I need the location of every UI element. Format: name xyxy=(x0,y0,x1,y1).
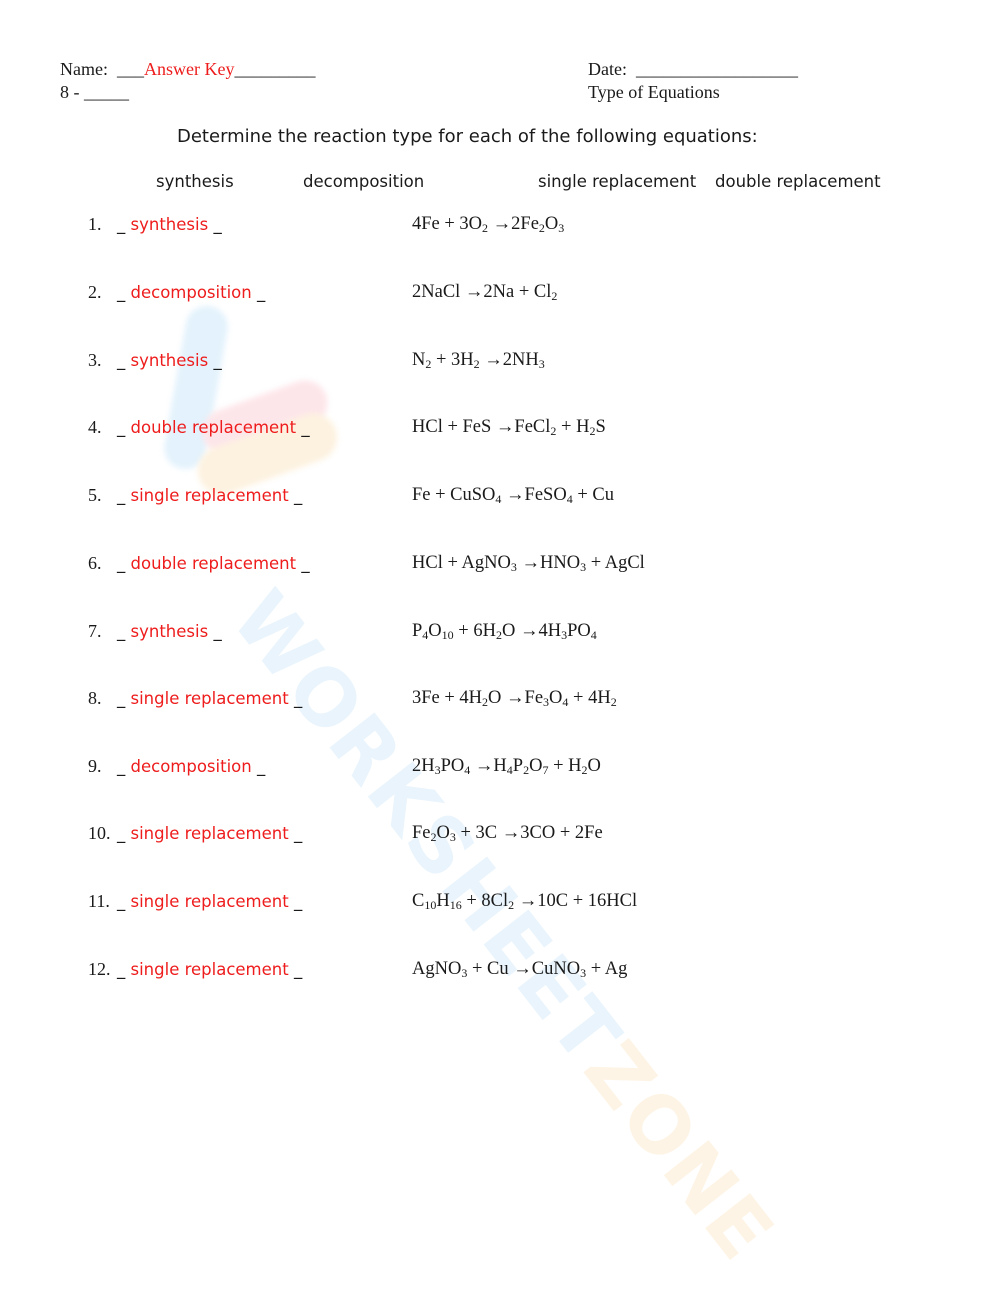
answer-text: decomposition xyxy=(131,757,252,776)
chemical-equation: HCl + FeS →FeCl2 + H2S xyxy=(412,417,606,438)
class-line: 8 - _____ xyxy=(60,81,315,104)
name-suffix-blank: _________ xyxy=(234,59,315,79)
answer-field[interactable]: _ single replacement _ xyxy=(117,960,302,979)
question-row: 1._ synthesis _4Fe + 3O2 →2Fe2O3 xyxy=(88,214,888,244)
answer-text: synthesis xyxy=(131,215,209,234)
chemical-equation: Fe2O3 + 3C →3CO + 2Fe xyxy=(412,823,603,844)
answer-blank-right: _ xyxy=(213,622,221,641)
question-row: 9._ decomposition _2H3PO4 →H4P2O7 + H2O xyxy=(88,756,888,786)
class-label: 8 - xyxy=(60,82,80,102)
question-row: 10._ single replacement _Fe2O3 + 3C →3CO… xyxy=(88,823,888,853)
question-row: 8._ single replacement _3Fe + 4H2O →Fe3O… xyxy=(88,688,888,718)
answer-blank-right: _ xyxy=(294,486,302,505)
answer-field[interactable]: _ synthesis _ xyxy=(117,622,222,641)
watermark-text-part2: ZONE xyxy=(566,1026,790,1278)
question-number: 7. xyxy=(88,621,102,642)
answer-blank-left: _ xyxy=(117,960,125,979)
question-number: 1. xyxy=(88,214,102,235)
answer-blank-right: _ xyxy=(257,283,265,302)
answer-field[interactable]: _ decomposition _ xyxy=(117,757,265,776)
watermark-text: WORKSHEETZONE xyxy=(214,575,791,1278)
answer-blank-right: _ xyxy=(257,757,265,776)
name-prefix-blank: ___ xyxy=(117,59,144,79)
word-bank-decomposition: decomposition xyxy=(303,172,424,191)
answer-blank-right: _ xyxy=(213,351,221,370)
question-number: 4. xyxy=(88,417,102,438)
answer-field[interactable]: _ single replacement _ xyxy=(117,689,302,708)
question-row: 3._ synthesis _N2 + 3H2 →2NH3 xyxy=(88,350,888,380)
answer-field[interactable]: _ synthesis _ xyxy=(117,215,222,234)
answer-text: single replacement xyxy=(131,486,289,505)
chemical-equation: 4Fe + 3O2 →2Fe2O3 xyxy=(412,214,564,235)
answer-blank-right: _ xyxy=(294,689,302,708)
chemical-equation: N2 + 3H2 →2NH3 xyxy=(412,350,545,371)
chemical-equation: HCl + AgNO3 →HNO3 + AgCl xyxy=(412,553,645,574)
header-right: Date: __________________ Type of Equatio… xyxy=(588,58,798,104)
question-row: 11._ single replacement _C10H16 + 8Cl2 →… xyxy=(88,891,888,921)
answer-blank-right: _ xyxy=(301,554,309,573)
question-number: 10. xyxy=(88,823,111,844)
answer-blank-right: _ xyxy=(301,418,309,437)
question-row: 6._ double replacement _HCl + AgNO3 →HNO… xyxy=(88,553,888,583)
name-label: Name: xyxy=(60,59,108,79)
answer-text: single replacement xyxy=(131,824,289,843)
date-blank[interactable]: __________________ xyxy=(636,59,798,79)
question-row: 4._ double replacement _HCl + FeS →FeCl2… xyxy=(88,417,888,447)
answer-blank-right: _ xyxy=(294,824,302,843)
date-line: Date: __________________ xyxy=(588,58,798,81)
answer-field[interactable]: _ synthesis _ xyxy=(117,351,222,370)
instructions: Determine the reaction type for each of … xyxy=(177,126,758,147)
question-number: 8. xyxy=(88,688,102,709)
class-blank[interactable]: _____ xyxy=(84,82,129,102)
answer-blank-right: _ xyxy=(294,960,302,979)
answer-text: synthesis xyxy=(131,622,209,641)
answer-blank-left: _ xyxy=(117,892,125,911)
chemical-equation: AgNO3 + Cu →CuNO3 + Ag xyxy=(412,959,627,980)
answer-text: double replacement xyxy=(131,554,297,573)
answer-field[interactable]: _ single replacement _ xyxy=(117,892,302,911)
word-bank-single-replacement: single replacement xyxy=(538,172,696,191)
date-label: Date: xyxy=(588,59,627,79)
word-bank-double-replacement: double replacement xyxy=(715,172,881,191)
answer-text: single replacement xyxy=(131,892,289,911)
answer-blank-left: _ xyxy=(117,554,125,573)
question-number: 6. xyxy=(88,553,102,574)
answer-field[interactable]: _ double replacement _ xyxy=(117,554,310,573)
answer-blank-left: _ xyxy=(117,351,125,370)
answer-text: single replacement xyxy=(131,960,289,979)
chemical-equation: 2H3PO4 →H4P2O7 + H2O xyxy=(412,756,601,777)
question-number: 3. xyxy=(88,350,102,371)
question-row: 5._ single replacement _Fe + CuSO4 →FeSO… xyxy=(88,485,888,515)
question-number: 12. xyxy=(88,959,111,980)
word-bank-synthesis: synthesis xyxy=(156,172,234,191)
answer-blank-left: _ xyxy=(117,418,125,437)
answer-field[interactable]: _ decomposition _ xyxy=(117,283,265,302)
chemical-equation: 3Fe + 4H2O →Fe3O4 + 4H2 xyxy=(412,688,617,709)
answer-blank-left: _ xyxy=(117,689,125,708)
worksheet-title: Type of Equations xyxy=(588,81,798,104)
question-number: 9. xyxy=(88,756,102,777)
question-number: 5. xyxy=(88,485,102,506)
question-row: 2._ decomposition _2NaCl →2Na + Cl2 xyxy=(88,282,888,312)
chemical-equation: P4O10 + 6H2O →4H3PO4 xyxy=(412,621,597,642)
answer-text: decomposition xyxy=(131,283,252,302)
answer-blank-left: _ xyxy=(117,622,125,641)
answer-field[interactable]: _ double replacement _ xyxy=(117,418,310,437)
question-number: 2. xyxy=(88,282,102,303)
name-line: Name: ___Answer Key_________ xyxy=(60,58,315,81)
chemical-equation: 2NaCl →2Na + Cl2 xyxy=(412,282,557,303)
answer-field[interactable]: _ single replacement _ xyxy=(117,486,302,505)
chemical-equation: C10H16 + 8Cl2 →10C + 16HCl xyxy=(412,891,637,912)
header-left: Name: ___Answer Key_________ 8 - _____ xyxy=(60,58,315,104)
question-row: 7._ synthesis _P4O10 + 6H2O →4H3PO4 xyxy=(88,621,888,651)
answer-blank-left: _ xyxy=(117,757,125,776)
answer-blank-left: _ xyxy=(117,824,125,843)
answer-text: single replacement xyxy=(131,689,289,708)
chemical-equation: Fe + CuSO4 →FeSO4 + Cu xyxy=(412,485,614,506)
answer-blank-left: _ xyxy=(117,283,125,302)
question-number: 11. xyxy=(88,891,110,912)
answer-field[interactable]: _ single replacement _ xyxy=(117,824,302,843)
answer-text: synthesis xyxy=(131,351,209,370)
answer-blank-right: _ xyxy=(294,892,302,911)
answer-blank-left: _ xyxy=(117,486,125,505)
answer-blank-left: _ xyxy=(117,215,125,234)
answer-blank-right: _ xyxy=(213,215,221,234)
answer-text: double replacement xyxy=(131,418,297,437)
question-row: 12._ single replacement _AgNO3 + Cu →CuN… xyxy=(88,959,888,989)
name-value[interactable]: Answer Key xyxy=(144,59,234,79)
